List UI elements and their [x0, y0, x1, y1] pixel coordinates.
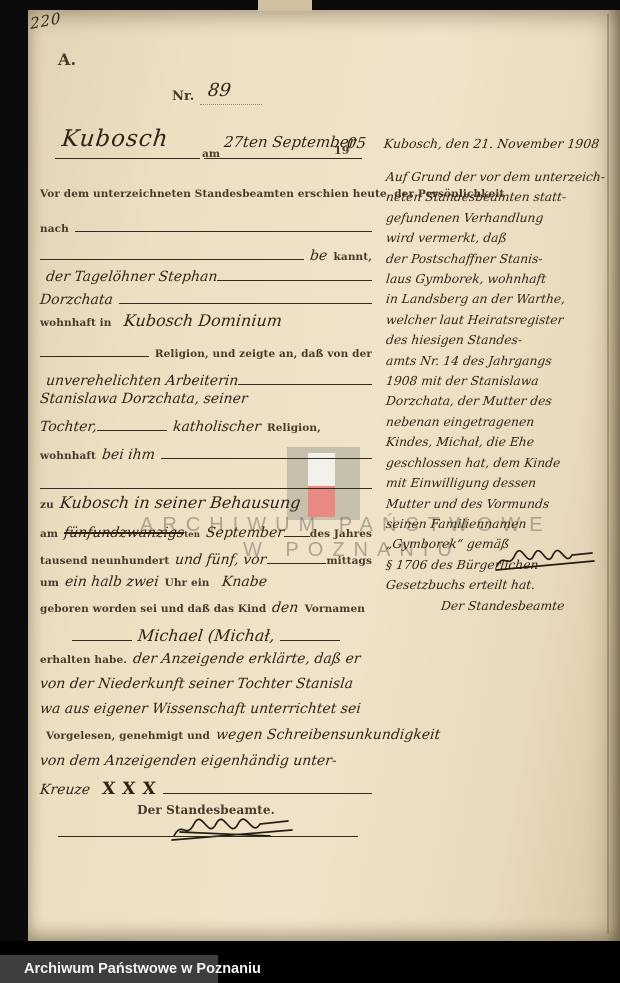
ten-suffix: ten: [184, 530, 200, 540]
des-jahres-label: des Jahres: [310, 528, 372, 540]
closing-row-2: von dem Anzeigenden eigenhändig unter-: [40, 753, 372, 769]
zu-label: zu: [40, 499, 54, 511]
note-row-3: wa aus eigener Wissenschaft unterrichtet…: [40, 701, 372, 717]
vornamen-label: Vornamen: [305, 603, 365, 615]
childname-row: Michael (Michał,: [40, 624, 372, 645]
form-intro-line: Vor dem unterzeichneten Standesbeamten e…: [40, 188, 372, 200]
geboren-row: geboren worden sei und daß das Kind den …: [40, 600, 372, 616]
record-number: 89: [207, 80, 232, 101]
margin-note-line: seinen Familiennamen: [385, 516, 527, 533]
mother-row-2: Stanislawa Dorzchata, seiner: [40, 391, 372, 407]
religion1-label: Religion, und zeigte an, daß von der: [155, 348, 372, 360]
archive-footer-bar: Archiwum Państwowe w Poznaniu: [0, 955, 218, 983]
birthday-row: am fünfundzwanzigs ten September des Jah…: [40, 520, 372, 541]
day-struck-value: fünfundzwanzigs: [63, 525, 185, 541]
um-label: um: [40, 577, 59, 589]
closing-line-1: wegen Schreibensunkundigkeit: [215, 727, 441, 743]
margin-note-line: Der Standesbeamte: [385, 598, 565, 615]
blank-rule: [217, 264, 372, 281]
declarant-name-1: der Tagelöhner Stephan: [45, 269, 218, 285]
bekannt-handwritten: be: [309, 248, 328, 264]
blank-rule: [40, 243, 304, 260]
blank-rule: [161, 442, 372, 459]
mother-status: unverehelichten Arbeiterin: [45, 373, 239, 389]
margin-note-line: laus Gymborek, wohnhaft: [385, 271, 547, 288]
blank-row: [40, 472, 372, 489]
closing-line-2: von dem Anzeigenden eigenhändig unter-: [39, 753, 337, 769]
residence-value: Kubosch Dominium: [123, 311, 283, 330]
margin-note-line: Dorzchata, der Mutter des: [385, 393, 553, 410]
margin-note-line: neten Standesbeamten statt-: [385, 189, 567, 206]
am2-label: am: [40, 528, 58, 540]
mittags-label: mittags: [326, 555, 372, 567]
closing-row-3: Kreuze XXX: [40, 777, 372, 799]
mother-religion: katholischer: [172, 419, 262, 435]
blank-rule: [72, 624, 132, 641]
margin-note-line: Auf Grund der vor dem unterzeich-: [385, 169, 606, 186]
declarant-row-1: der Tagelöhner Stephan: [40, 264, 372, 285]
erhalten-label: erhalten habe.: [40, 654, 127, 666]
uhr-ein-label: Uhr ein: [165, 577, 210, 589]
blank-rule: [75, 215, 372, 232]
margin-note-line: der Postschaffner Stanis-: [385, 251, 543, 268]
child-sex: Knabe: [221, 574, 268, 590]
margin-note-line: amts Nr. 14 des Jahrgangs: [385, 353, 552, 370]
blank-rule: [97, 414, 167, 431]
margin-note-line: Kindes, Michał, die Ehe: [385, 434, 535, 451]
margin-note-line: gefundenen Verhandlung: [385, 210, 544, 227]
marginal-note-1908: Kubosch, den 21. November 1908 Auf Grund…: [384, 133, 596, 152]
blank-rule: [40, 472, 372, 489]
mother-name: Stanislawa Dorzchata, seiner: [39, 391, 248, 407]
form-nach-row: nach: [40, 215, 372, 235]
margin-note-line: 1908 mit der Stanislawa: [385, 373, 539, 390]
nr-underline: [200, 104, 262, 105]
mother-relation: Tochter,: [39, 419, 98, 435]
geboren-label: geboren worden sei und daß das Kind: [40, 603, 266, 615]
header-underline-2: [204, 158, 362, 159]
note-line-2: von der Niederkunft seiner Tochter Stani…: [39, 676, 354, 692]
vorgelesen-row: Vorgelesen, genehmigt und wegen Schreibe…: [40, 727, 372, 743]
paper-top-notch: [258, 0, 312, 11]
form-bekannt-row: be kannt,: [40, 243, 372, 264]
time-words: ein halb zwei: [64, 574, 159, 590]
registrar-signature-scribble: [170, 816, 300, 842]
official-label: Der Standesbeamte.: [137, 803, 275, 817]
signature-crosses: XXX: [101, 779, 164, 799]
margin-note-line: in Landsberg an der Warthe,: [385, 291, 566, 308]
blank-rule: [163, 777, 372, 794]
nach-label: nach: [40, 223, 69, 235]
vorgelesen-label: Vorgelesen, genehmigt und: [46, 730, 210, 742]
note-line-3: wa aus eigener Wissenschaft unterrichtet…: [39, 701, 361, 717]
residence-row: wohnhaft in Kubosch Dominium: [40, 311, 372, 330]
year-handwritten: 05: [346, 134, 367, 152]
wohnhaft-row: wohnhaft bei ihm: [40, 442, 372, 463]
margin-note-line: Gesetzbuchs erteilt hat.: [385, 577, 536, 594]
mother-row-1: unverehelichten Arbeiterin: [40, 368, 372, 389]
birthyear-row: tausend neunhundert und fünf, vor mittag…: [40, 547, 372, 568]
declarant-row-2: Dorzchata: [40, 287, 372, 308]
official-row: Der Standesbeamte.: [40, 803, 372, 817]
wohnhaft-in-label: wohnhaft in: [40, 317, 112, 329]
religion1-row: Religion, und zeigte an, daß von der: [40, 340, 372, 360]
blank-rule: [238, 368, 372, 385]
header-underline-1: [55, 158, 200, 159]
margin-note-signature-scribble: [494, 548, 599, 572]
archive-footer-label: Archiwum Państwowe w Poznaniu: [24, 961, 261, 977]
blank-rule: [267, 547, 327, 564]
bekannt-printed: kannt,: [334, 251, 372, 263]
declarant-name-2: Dorzchata: [39, 292, 114, 308]
blank-rule: [284, 520, 310, 537]
margin-note-dateline: Kubosch, den 21. November 1908: [383, 136, 600, 151]
wohnhaft-value: bei ihm: [101, 447, 156, 463]
birth-month: September: [205, 525, 285, 541]
mother-row-3: Tochter, katholischer Religion,: [40, 414, 372, 435]
tausend-label: tausend neunhundert: [40, 555, 169, 567]
registry-place: Kubosch: [61, 126, 170, 152]
nr-label: Nr.: [172, 89, 194, 104]
signature-underline: [58, 836, 358, 837]
year-words: und fünf, vor: [174, 552, 267, 568]
erhalten-row: erhalten habe. der Anzeigende erklärte, …: [40, 651, 372, 667]
note-line-1: der Anzeigende erklärte, daß er: [132, 651, 361, 667]
margin-note-line: mit Einwilligung dessen: [385, 475, 537, 492]
margin-note-line: „Gymborek“ gemäß: [385, 536, 510, 553]
birthplace-value: Kubosch in seiner Behausung: [59, 493, 302, 512]
blank-rule: [280, 624, 340, 641]
birthplace-row: zu Kubosch in seiner Behausung: [40, 493, 372, 512]
blank-rule: [119, 287, 372, 304]
den-handwritten: den: [272, 600, 300, 616]
blank-rule: [40, 340, 149, 357]
closing-line-3: Kreuze: [39, 782, 91, 798]
margin-note-line: nebenan eingetragenen: [385, 414, 535, 431]
scanned-registry-page: { "page": { "archive_number": "220", "fo…: [0, 0, 620, 983]
margin-note-line: welcher laut Heiratsregister: [385, 312, 564, 329]
page-edge-shadow: [607, 10, 620, 941]
note-row-2: von der Niederkunft seiner Tochter Stani…: [40, 676, 372, 692]
religion2-label: Religion,: [267, 422, 321, 434]
form-letter-a: A.: [58, 50, 76, 69]
margin-note-line: geschlossen hat, dem Kinde: [385, 455, 561, 472]
child-name: Michael (Michał,: [137, 626, 276, 645]
margin-note-line: wird vermerkt, daß: [385, 230, 508, 247]
margin-note-line: Mutter und des Vormunds: [385, 496, 550, 513]
wohnhaft-label: wohnhaft: [40, 450, 96, 462]
margin-note-line: des hiesigen Standes-: [385, 332, 523, 349]
birthtime-row: um ein halb zwei Uhr ein Knabe: [40, 574, 372, 590]
